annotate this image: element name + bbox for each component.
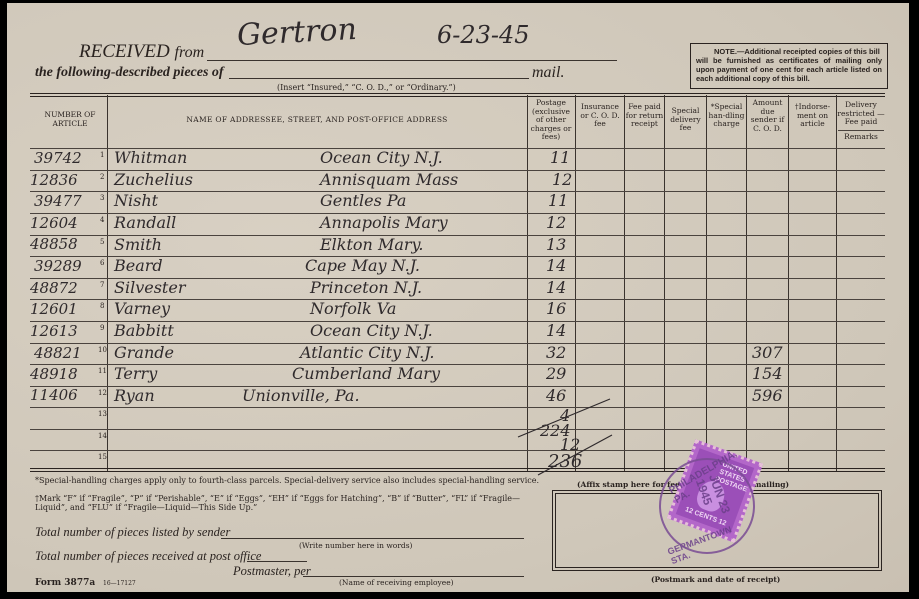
row-line-number: 4 <box>100 216 104 224</box>
addressee-name: Smith <box>114 235 162 254</box>
col-divider <box>706 95 707 471</box>
print-code: 16—17127 <box>103 580 136 587</box>
note-body: will be furnished as certificates of mai… <box>696 56 882 83</box>
addressee-address: Cape May N.J. <box>305 256 420 275</box>
received-label: RECEIVED <box>79 41 170 62</box>
mail-type-line <box>229 78 529 79</box>
addressee-name: Nisht <box>114 191 158 210</box>
cod-amount-value: 307 <box>752 343 783 362</box>
postmaster-line <box>303 576 524 577</box>
total-po-line <box>247 561 307 562</box>
cod-amount-value: 154 <box>752 364 783 383</box>
addressee-name: Beard <box>114 256 163 275</box>
article-number: 48821 <box>34 344 82 362</box>
row-line-number: 13 <box>98 410 107 418</box>
article-number: 39742 <box>34 149 82 167</box>
postmark-cancel: PHILADELPHIA, PA. JUN 23 1945 GERMANTOWN… <box>659 458 755 554</box>
received-from-label: RECEIVED from <box>79 41 204 63</box>
postage-value: 13 <box>546 235 566 254</box>
postage-value: 11 <box>550 148 570 167</box>
addressee-address: Unionville, Pa. <box>242 386 360 405</box>
row-divider <box>30 407 885 408</box>
postage-value: 12 <box>546 213 566 232</box>
article-number: 12836 <box>30 171 78 189</box>
addressee-name: Ryan <box>114 386 155 405</box>
header-number: NUMBER OF ARTICLE <box>34 111 106 128</box>
article-number: 12601 <box>30 300 78 318</box>
certificate-of-mailing-form: RECEIVED from Gertron 6-23-45 the follow… <box>7 3 909 592</box>
postage-value: 32 <box>546 343 566 362</box>
from-label: from <box>175 44 205 61</box>
postage-value: 29 <box>546 364 566 383</box>
row-line-number: 15 <box>98 453 107 461</box>
cod-amount-value: 596 <box>752 386 783 405</box>
postage-value: 16 <box>546 299 566 318</box>
addressee-address: Annapolis Mary <box>320 213 448 232</box>
form-number: Form 3877a <box>35 578 95 588</box>
remarks-divider <box>838 130 884 131</box>
total-sender-label: Total number of pieces listed by sender <box>35 525 230 540</box>
addressee-name: Grande <box>114 343 174 362</box>
article-number: 39289 <box>34 257 82 275</box>
tally-total: 236 <box>548 451 582 472</box>
articles-table: NUMBER OF ARTICLE NAME OF ADDRESSEE, STR… <box>30 93 885 471</box>
postage-value: 14 <box>546 256 566 275</box>
total-sender-line <box>221 538 524 539</box>
addressee-name: Babbitt <box>114 321 174 340</box>
addressee-address: Ocean City N.J. <box>320 148 443 167</box>
receiving-employee-hint: (Name of receiving employee) <box>339 578 454 587</box>
postmark-label: (Postmark and date of receipt) <box>651 575 780 584</box>
sender-handwritten: Gertron <box>236 12 358 53</box>
row-line-number: 5 <box>100 238 104 246</box>
header-postage: Postage (exclusive of other charges or f… <box>528 99 574 142</box>
row-divider <box>30 429 885 430</box>
footnote-marks: †Mark “F” if “Fragile”, “P” if “Perishab… <box>35 494 540 512</box>
addressee-name: Zuchelius <box>114 170 193 189</box>
sender-line <box>207 60 617 61</box>
note-box: NOTE.—Additional receipted copies of thi… <box>690 43 888 89</box>
footnote-special-handling: *Special-handling charges apply only to … <box>35 476 540 485</box>
col-divider <box>836 95 837 471</box>
row-line-number: 2 <box>100 173 104 181</box>
header-remarks: Remarks <box>837 133 885 142</box>
row-line-number: 3 <box>100 194 104 202</box>
row-divider <box>30 191 885 192</box>
addressee-address: Gentles Pa <box>320 191 406 210</box>
addressee-address: Cumberland Mary <box>292 364 440 383</box>
row-line-number: 7 <box>100 281 104 289</box>
date-handwritten: 6-23-45 <box>437 21 530 49</box>
following-described-label: the following-described pieces of <box>35 65 224 81</box>
article-number: 11406 <box>30 386 78 404</box>
col-divider <box>624 95 625 471</box>
row-line-number: 9 <box>100 324 104 332</box>
postage-value: 12 <box>552 170 572 189</box>
mail-label: mail. <box>532 64 564 82</box>
row-line-number: 12 <box>98 389 107 397</box>
header-special-handling: *Special han-dling charge <box>707 103 746 129</box>
addressee-address: Atlantic City N.J. <box>300 343 435 362</box>
addressee-address: Annisquam Mass <box>320 170 458 189</box>
row-line-number: 1 <box>100 151 104 159</box>
col-divider <box>746 95 747 471</box>
addressee-name: Randall <box>114 213 176 232</box>
header-name-address: NAME OF ADDRESSEE, STREET, AND POST-OFFI… <box>110 116 524 125</box>
article-number: 12604 <box>30 214 78 232</box>
header-indorsement: †Indorse-ment on article <box>789 103 836 129</box>
total-po-label: Total number of pieces received at post … <box>35 549 261 564</box>
table-top-rule <box>30 93 885 97</box>
row-line-number: 11 <box>98 367 107 375</box>
row-line-number: 8 <box>100 302 104 310</box>
col-divider <box>788 95 789 471</box>
row-line-number: 14 <box>98 432 107 440</box>
addressee-name: Whitman <box>114 148 187 167</box>
article-number: 48858 <box>30 235 78 253</box>
postage-value: 11 <box>548 191 568 210</box>
header-cod-amount: Amount due sender if C. O. D. <box>747 99 788 133</box>
postage-value: 14 <box>546 321 566 340</box>
row-divider <box>30 450 885 451</box>
article-number: 12613 <box>30 322 78 340</box>
addressee-address: Elkton Mary. <box>320 235 424 254</box>
addressee-name: Terry <box>114 364 157 383</box>
header-insurance: Insurance or C. O. D. fee <box>576 103 624 129</box>
note-lead: NOTE.—Additional receipted copies of thi… <box>696 47 882 56</box>
addressee-address: Norfolk Va <box>310 299 396 318</box>
addressee-name: Silvester <box>114 278 185 297</box>
col-divider <box>107 95 108 471</box>
article-number: 48872 <box>30 279 78 297</box>
article-number: 48918 <box>30 365 78 383</box>
addressee-address: Ocean City N.J. <box>310 321 433 340</box>
row-line-number: 10 <box>98 346 107 354</box>
header-special-delivery: Special delivery fee <box>665 107 706 133</box>
header-delivery-restricted: Delivery restricted —Fee paid <box>837 101 885 127</box>
postage-value: 14 <box>546 278 566 297</box>
col-divider <box>664 95 665 471</box>
addressee-address: Princeton N.J. <box>310 278 422 297</box>
row-line-number: 6 <box>100 259 104 267</box>
article-number: 39477 <box>34 192 82 210</box>
postmaster-label: Postmaster, per <box>233 564 311 579</box>
header-return-receipt: Fee paid for return receipt <box>625 103 664 129</box>
insert-hint: (Insert “Insured,” “C. O. D.,” or “Ordin… <box>277 83 456 92</box>
addressee-name: Varney <box>114 299 170 318</box>
write-words-hint: (Write number here in words) <box>299 541 413 550</box>
